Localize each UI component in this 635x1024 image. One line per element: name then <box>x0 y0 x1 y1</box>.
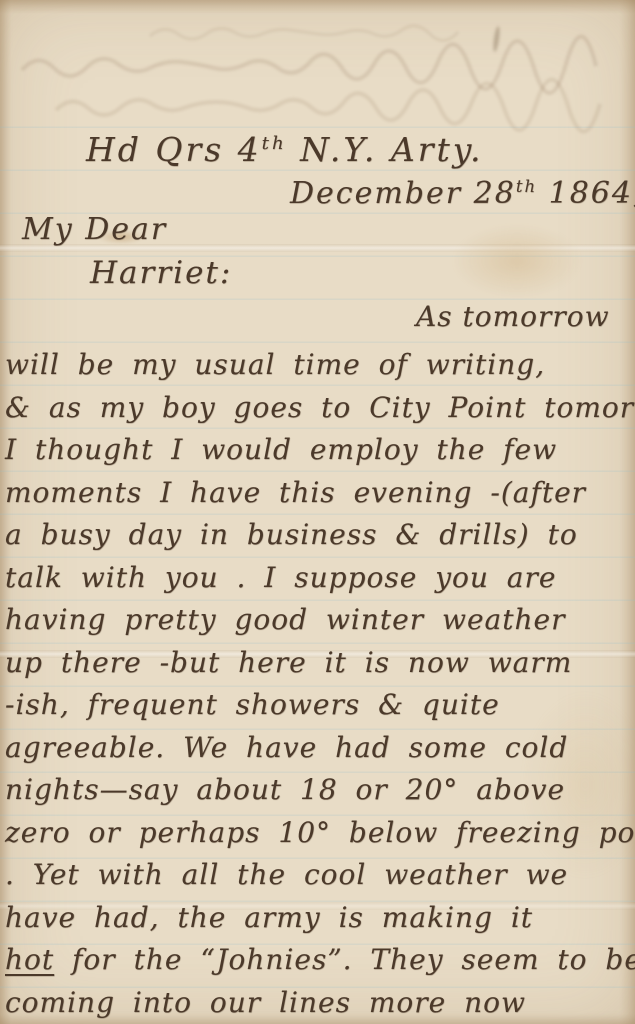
body-line: talk with you . I suppose you are <box>5 557 633 600</box>
date-post: 1864, <box>537 176 635 211</box>
body-line: -ish, frequent showers & quite <box>5 684 633 727</box>
body-line: having pretty good winter weather <box>5 599 633 642</box>
show-through-marks <box>0 0 635 150</box>
body-line: . Yet with all the cool weather we <box>5 854 633 897</box>
salutation-line-1: My Dear <box>22 212 167 247</box>
heading-post: N.Y. Arty. <box>287 130 484 169</box>
body-line-hot-rest: for the “Johnies”. They seem to be <box>54 943 635 976</box>
body-line: zero or perhaps 10° below freezing point <box>5 812 633 855</box>
body-line: agreeable. We have had some cold <box>5 727 633 770</box>
opening-phrase: As tomorrow <box>416 300 610 333</box>
date-pre: December 28 <box>290 176 516 211</box>
body-line-final: coming into our lines more now <box>5 982 633 1024</box>
date-line: December 28th 1864, <box>290 176 635 211</box>
body-line: moments I have this evening -(after <box>5 472 633 515</box>
body-line: have had, the army is making it <box>5 897 633 940</box>
underlined-word: hot <box>5 943 54 976</box>
heading-line: Hd Qrs 4th N.Y. Arty. <box>86 130 484 169</box>
salutation-line-2: Harriet: <box>90 255 232 291</box>
body-line: up there -but here it is now warm <box>5 642 633 685</box>
heading-pre: Hd Qrs 4 <box>86 130 262 169</box>
ink-smudge <box>492 26 501 52</box>
letter-page: Hd Qrs 4th N.Y. Arty. December 28th 1864… <box>0 0 635 1024</box>
date-superscript: th <box>516 177 537 196</box>
body-line: nights—say about 18 or 20° above <box>5 769 633 812</box>
body-line: a busy day in business & drills) to <box>5 514 633 557</box>
body-line: I thought I would employ the few <box>5 429 633 472</box>
body-line-hot: hot for the “Johnies”. They seem to be <box>5 939 633 982</box>
letter-body: will be my usual time of writing, & as m… <box>5 344 633 1024</box>
body-line: & as my boy goes to City Point tomorrow <box>5 387 633 430</box>
body-line: will be my usual time of writing, <box>5 344 633 387</box>
paper-stain <box>452 224 582 298</box>
heading-superscript: th <box>262 133 287 154</box>
